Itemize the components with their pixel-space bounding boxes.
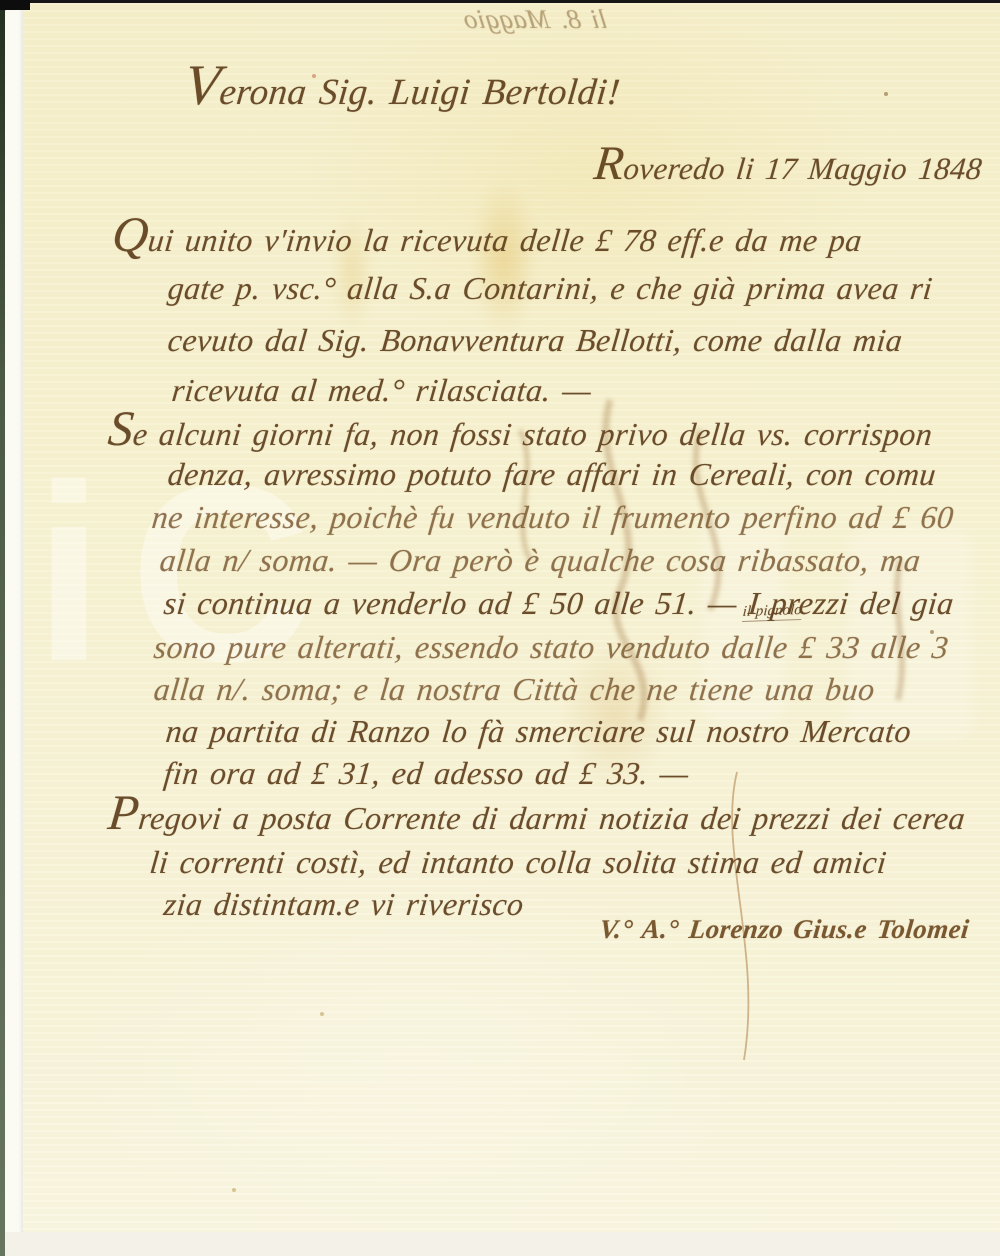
- paper-speck: [320, 1012, 324, 1016]
- letter-line: fin ora ad £ 31, ed adesso ad £ 33. —: [162, 755, 691, 792]
- interlinear-insertion-note: il pignolo: [742, 602, 802, 622]
- letter-line: zia distintam.e vi riverisco: [162, 886, 526, 923]
- letter-line: denza, avressimo potuto fare affari in C…: [166, 456, 938, 493]
- letter-dateline: Roveredo li 17 Maggio 1848: [592, 146, 984, 187]
- scan-top-corner-mark: [0, 0, 30, 10]
- letter-line: si continua a venderlo ad £ 50 alle 51. …: [162, 585, 956, 622]
- letter-salutation: Verona Sig. Luigi Bertoldi!: [182, 64, 623, 114]
- scan-bottom-margin: [5, 1232, 1000, 1256]
- letter-line: Se alcuni giorni fa, non fossi stato pri…: [106, 410, 935, 453]
- letter-line: li correnti costì, ed intanto colla soli…: [148, 844, 888, 881]
- letter-line: cevuto dal Sig. Bonavventura Bellotti, c…: [166, 322, 904, 359]
- letter-signature: V.° A.° Lorenzo Gius.e Tolomei: [598, 914, 971, 945]
- letter-line: Qui unito v'invio la ricevuta delle £ 78…: [110, 216, 864, 259]
- letter-line: Pregovi a posta Corrente di darmi notizi…: [106, 794, 968, 837]
- letter-line: sono pure alterati, essendo stato vendut…: [152, 629, 950, 666]
- letter-line: ricevuta al med.° rilasciata. —: [170, 372, 593, 409]
- letter-line: na partita di Ranzo lo fà smerciare sul …: [164, 713, 913, 750]
- paper-speck: [232, 1188, 236, 1192]
- letter-line: alla n/ soma. — Ora però è qualche cosa …: [158, 542, 922, 579]
- verso-bleed-annotation: li 8. Maggio: [318, 4, 752, 35]
- letter-line: ne interesse, poichè fu venduto il frume…: [150, 499, 956, 536]
- paper-speck: [884, 92, 888, 96]
- letter-line: alla n/. soma; e la nostra Città che ne …: [152, 671, 877, 708]
- underlying-sheet-edge: [5, 5, 23, 1256]
- letter-line: gate p. vsc.° alla S.a Contarini, e che …: [166, 270, 934, 307]
- scanned-letter-page: iC li 8. Maggio Verona Sig. Luigi Bertol…: [0, 0, 1000, 1256]
- scan-top-edge-line: [0, 0, 1000, 3]
